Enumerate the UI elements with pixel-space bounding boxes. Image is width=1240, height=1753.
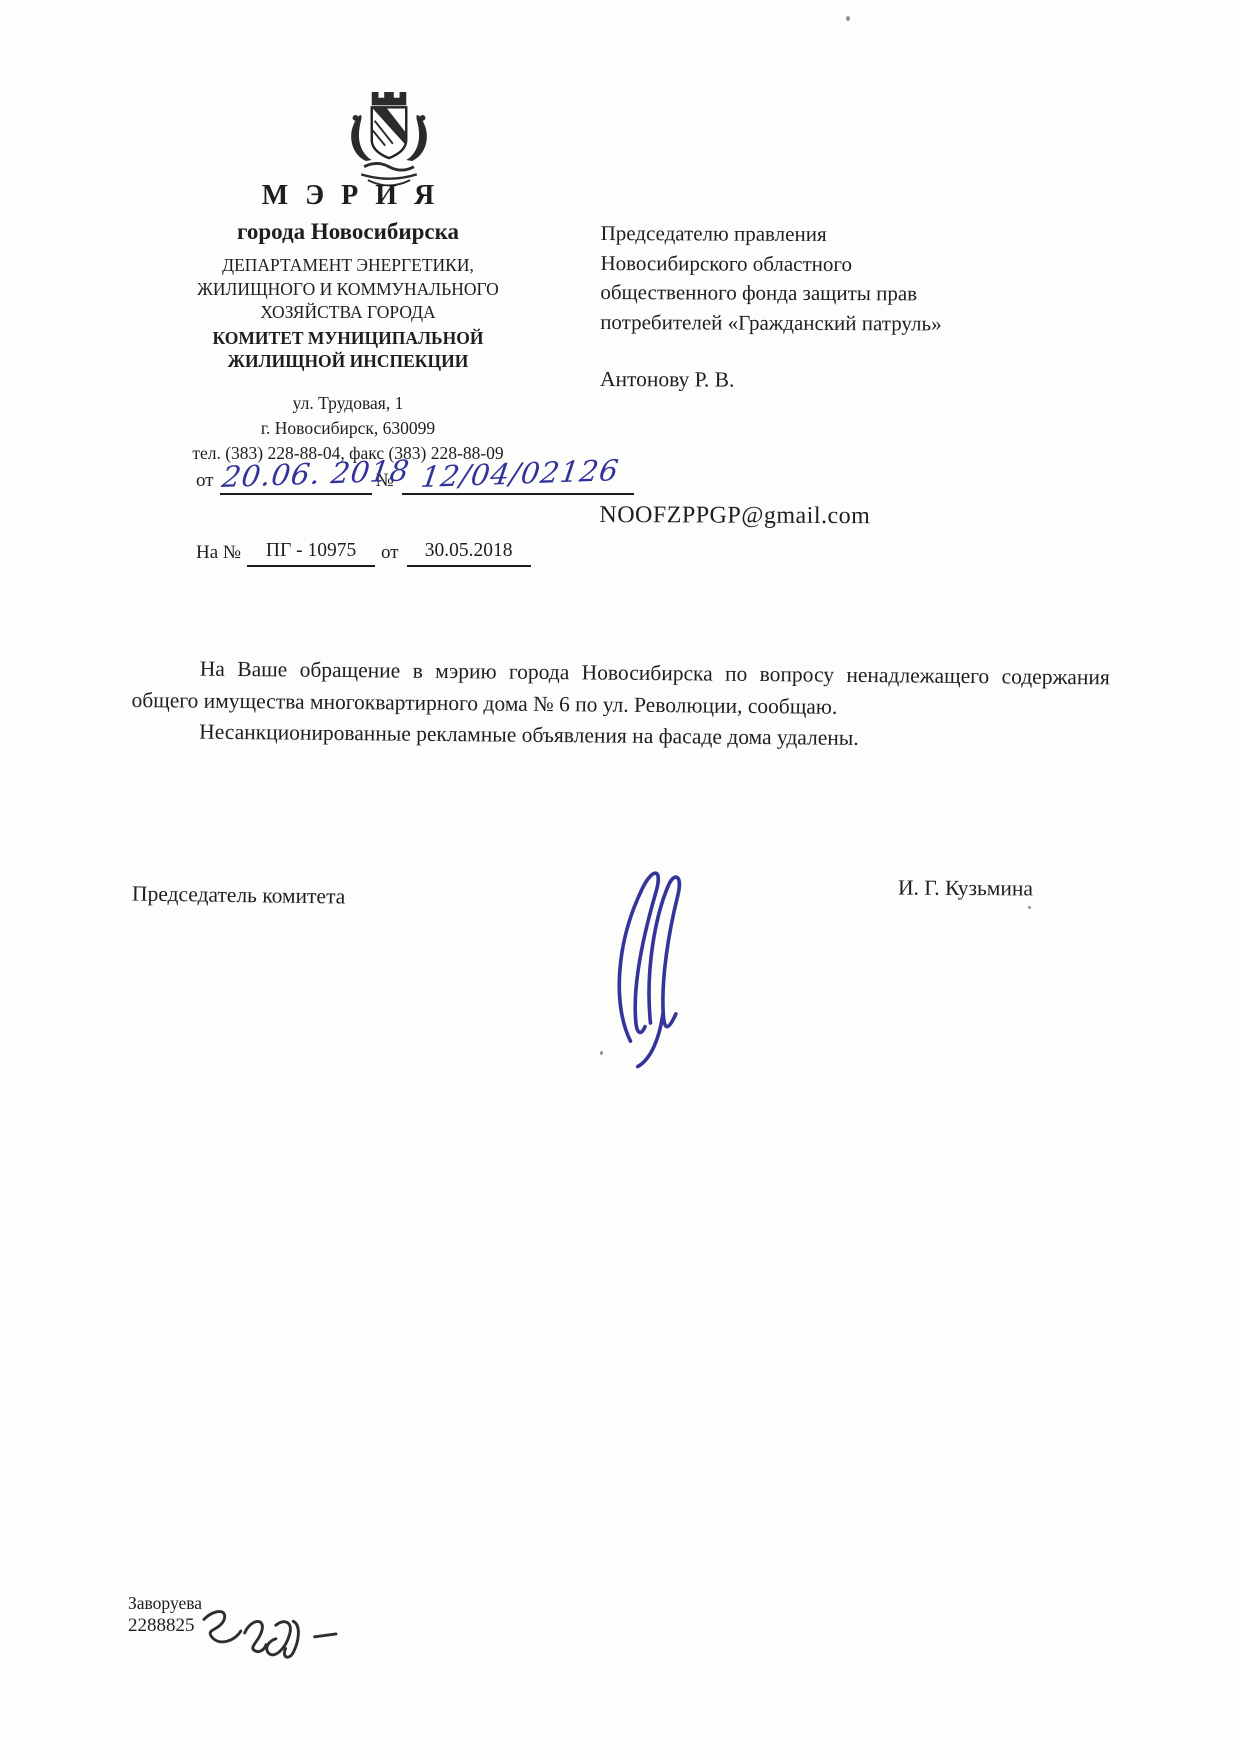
address-city: г. Новосибирск, 630099: [128, 416, 568, 441]
scan-speck: [600, 1051, 603, 1055]
department-name: ДЕПАРТАМЕНТ ЭНЕРГЕТИКИ, ЖИЛИЩНОГО И КОММ…: [128, 254, 568, 325]
handwritten-signature-icon: [596, 852, 714, 1076]
incoming-number-field: ПГ - 10975: [247, 540, 375, 567]
committee-line: ЖИЛИЩНОЙ ИНСПЕКЦИИ: [128, 350, 568, 374]
signer-position: Председатель комитета: [132, 882, 346, 910]
committee-line: КОМИТЕТ МУНИЦИПАЛЬНОЙ: [128, 327, 568, 351]
recipient-line: общественного фонда защиты прав: [600, 278, 1055, 309]
body-paragraph-1: На Ваше обращение в мэрию города Новосиб…: [131, 653, 1110, 725]
department-line: ДЕПАРТАМЕНТ ЭНЕРГЕТИКИ,: [128, 254, 568, 278]
recipient-line: Председателю правления: [601, 219, 1056, 250]
handwritten-date: 20.06. 2018: [220, 456, 412, 493]
scanned-letter-page: МЭРИЯ города Новосибирска ДЕПАРТАМЕНТ ЭН…: [0, 0, 1240, 1753]
executor-initials-scribble-icon: [196, 1598, 342, 1666]
org-address: ул. Трудовая, 1 г. Новосибирск, 630099 т…: [128, 391, 568, 466]
committee-name: КОМИТЕТ МУНИЦИПАЛЬНОЙ ЖИЛИЩНОЙ ИНСПЕКЦИИ: [128, 327, 568, 374]
letterhead: МЭРИЯ города Новосибирска ДЕПАРТАМЕНТ ЭН…: [128, 180, 568, 466]
outgoing-date-field: 20.06. 2018: [220, 462, 372, 495]
recipient-line: потребителей «Гражданский патруль»: [600, 308, 1055, 339]
executor-name: Заворуева: [128, 1592, 202, 1614]
department-line: ЖИЛИЩНОГО И КОММУНАЛЬНОГО: [128, 278, 568, 302]
outgoing-ref-row: от 20.06. 2018 № 12/04/02126: [196, 462, 634, 495]
recipient-line: Новосибирского областного: [600, 249, 1055, 280]
executor-block: Заворуева 2288825: [128, 1592, 202, 1637]
novosibirsk-coat-of-arms-icon: [343, 86, 435, 190]
executor-phone: 2288825: [128, 1614, 202, 1637]
scan-speck: [1028, 906, 1031, 909]
ref-from-label: от: [196, 470, 214, 495]
address-street: ул. Трудовая, 1: [128, 391, 568, 416]
letter-body: На Ваше обращение в мэрию города Новосиб…: [131, 653, 1110, 757]
department-line: ХОЗЯЙСТВА ГОРОДА: [128, 301, 568, 325]
recipient-email: NOOFZPPGP@gmail.com: [599, 502, 1054, 531]
scan-speck: [846, 16, 850, 21]
recipient-name: Антонову Р. В.: [600, 367, 1055, 394]
incoming-ref-row: На № ПГ - 10975 от 30.05.2018: [196, 540, 531, 567]
org-name: МЭРИЯ: [128, 180, 568, 212]
reply-from-label: от: [381, 542, 399, 567]
reply-prefix-label: На №: [196, 542, 241, 567]
recipient-block: Председателю правления Новосибирского об…: [599, 219, 1055, 531]
handwritten-number: 12/04/02126: [419, 455, 621, 493]
signer-name: И. Г. Кузьмина: [898, 876, 1033, 902]
org-city: города Новосибирска: [128, 219, 568, 245]
incoming-date-field: 30.05.2018: [407, 540, 531, 567]
